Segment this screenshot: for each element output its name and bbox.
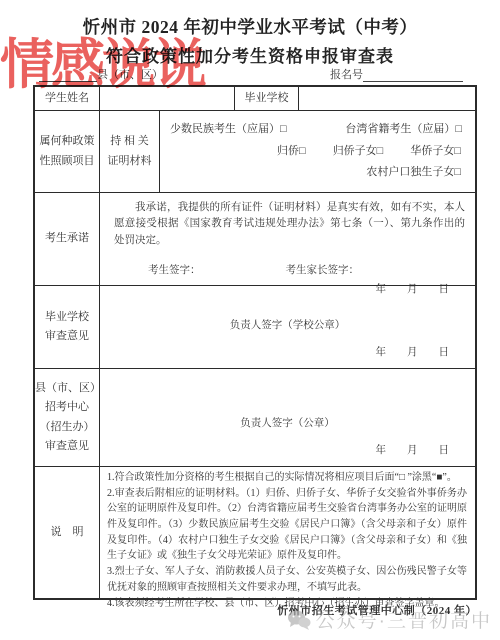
candidate-signature-label: 考生签字： <box>148 262 201 277</box>
row-county-review: 县（市、区） 招考中心 （招生办） 审查意见 负责人签字（公章） 年 月 日 <box>35 369 475 467</box>
county-review-label-line4: 审查意见 <box>45 437 89 456</box>
regno-label: 报名号 <box>330 69 363 81</box>
form-title: 忻州市 2024 年初中学业水平考试（中考） <box>0 14 500 39</box>
checkbox-line-2: 归侨□ 归侨子女□ 华侨子女□ <box>160 142 475 158</box>
header-line: 县（市、区） 报名号 <box>33 66 477 82</box>
county-review-date-line: 年 月 日 <box>100 442 475 457</box>
checkbox-rural-only-child[interactable]: 农村户口独生子女□ <box>366 163 461 179</box>
notes-content: 1.符合政策性加分资格的考生根据自己的实际情况将相应项目后面“□ ”涂黑“■”。… <box>100 467 475 598</box>
note-1: 1.符合政策性加分资格的考生根据自己的实际情况将相应项目后面“□ ”涂黑“■”。 <box>107 470 467 486</box>
school-review-sign-label: 负责人签字（学校公章） <box>100 317 475 332</box>
county-review-label-line3: （招生办） <box>40 418 95 437</box>
school-review-date-line: 年 月 日 <box>100 344 475 359</box>
county-label: 县（市、区） <box>97 69 163 81</box>
notes-label: 说 明 <box>35 467 100 598</box>
policy-category-label: 属何种政策 性照顾项目 <box>35 111 100 192</box>
school-review-label-line1: 毕业学校 <box>45 308 89 327</box>
school-label: 毕业学校 <box>235 87 299 110</box>
checkbox-returned-overseas[interactable]: 归侨□ <box>277 142 306 158</box>
county-review-label: 县（市、区） 招考中心 （招生办） 审查意见 <box>35 369 100 466</box>
wechat-icon <box>287 609 311 631</box>
checkbox-returned-overseas-children[interactable]: 归侨子女□ <box>333 142 384 158</box>
row-notes: 说 明 1.符合政策性加分资格的考生根据自己的实际情况将相应项目后面“□ ”涂黑… <box>35 467 475 598</box>
student-name-field <box>100 87 235 110</box>
checkbox-line-1: 少数民族考生（应届）□ 台湾省籍考生（应届）□ <box>160 120 475 136</box>
checkbox-overseas-chinese-children[interactable]: 华侨子女□ <box>410 142 461 158</box>
checkbox-line-3: 农村户口独生子女□ <box>160 163 475 179</box>
row-candidate-promise: 考生承诺 我承诺，我提供的所有证件（证明材料）是真实有效，如有不实，本人愿意接受… <box>35 193 475 286</box>
parent-signature-label: 考生家长签字： <box>286 262 360 277</box>
school-field <box>299 87 475 110</box>
checkbox-taiwan[interactable]: 台湾省籍考生（应届）□ <box>345 120 462 136</box>
row-policy-category: 属何种政策 性照顾项目 持 相 关 证明材料 少数民族考生（应届）□ 台湾省籍考… <box>35 111 475 193</box>
checkbox-minority[interactable]: 少数民族考生（应届）□ <box>170 120 287 136</box>
promise-sign-line: 考生签字： 考生家长签字： <box>100 262 475 277</box>
material-label-line2: 证明材料 <box>108 152 152 171</box>
gray-watermark: 公众号·三晋初高中 <box>287 606 492 633</box>
promise-text: 我承诺，我提供的所有证件（证明材料）是真实有效，如有不实，本人愿意接受根据《国家… <box>114 200 465 249</box>
form-table: 学生姓名 毕业学校 属何种政策 性照顾项目 持 相 关 证明材料 少数民族考生（… <box>33 85 477 600</box>
promise-label: 考生承诺 <box>35 193 100 285</box>
school-review-label-line2: 审查意见 <box>45 327 89 346</box>
gray-watermark-text: 公众号·三晋初高中 <box>316 606 492 633</box>
policy-category-label-line2: 性照顾项目 <box>40 152 95 171</box>
checkbox-area: 少数民族考生（应届）□ 台湾省籍考生（应届）□ 归侨□ 归侨子女□ 华侨子女□ … <box>160 111 475 192</box>
county-blank-underline <box>39 69 97 82</box>
material-label: 持 相 关 证明材料 <box>100 111 160 192</box>
promise-content: 我承诺，我提供的所有证件（证明材料）是真实有效，如有不实，本人愿意接受根据《国家… <box>100 193 475 285</box>
regno-field: 报名号 <box>330 66 463 82</box>
policy-category-label-line1: 属何种政策 <box>40 132 95 151</box>
county-review-sign-label: 负责人签字（公章） <box>100 415 475 430</box>
note-3: 3.烈士子女、军人子女、消防救援人员子女、公安英模子女、因公伤残民警子女等优抚对… <box>107 564 467 595</box>
regno-blank-underline <box>363 69 463 82</box>
material-label-line1: 持 相 关 <box>110 132 149 151</box>
county-review-content: 负责人签字（公章） 年 月 日 <box>100 369 475 466</box>
student-name-label: 学生姓名 <box>35 87 100 110</box>
county-review-label-line1: 县（市、区） <box>35 379 99 398</box>
form-subtitle: 符合政策性加分考生资格申报审查表 <box>0 42 500 67</box>
row-school-review: 毕业学校 审查意见 负责人签字（学校公章） 年 月 日 <box>35 286 475 369</box>
county-review-label-line2: 招考中心 <box>45 398 89 417</box>
row-student-school: 学生姓名 毕业学校 <box>35 87 475 111</box>
school-review-content: 负责人签字（学校公章） 年 月 日 <box>100 286 475 368</box>
county-field: 县（市、区） <box>39 66 163 82</box>
school-review-label: 毕业学校 审查意见 <box>35 286 100 368</box>
note-2: 2.审查表后附相应的证明材料。（1）归侨、归侨子女、华侨子女交验省外事侨务办公室… <box>107 486 467 564</box>
form-page: 情感说说 忻州市 2024 年初中学业水平考试（中考） 符合政策性加分考生资格申… <box>0 0 500 640</box>
